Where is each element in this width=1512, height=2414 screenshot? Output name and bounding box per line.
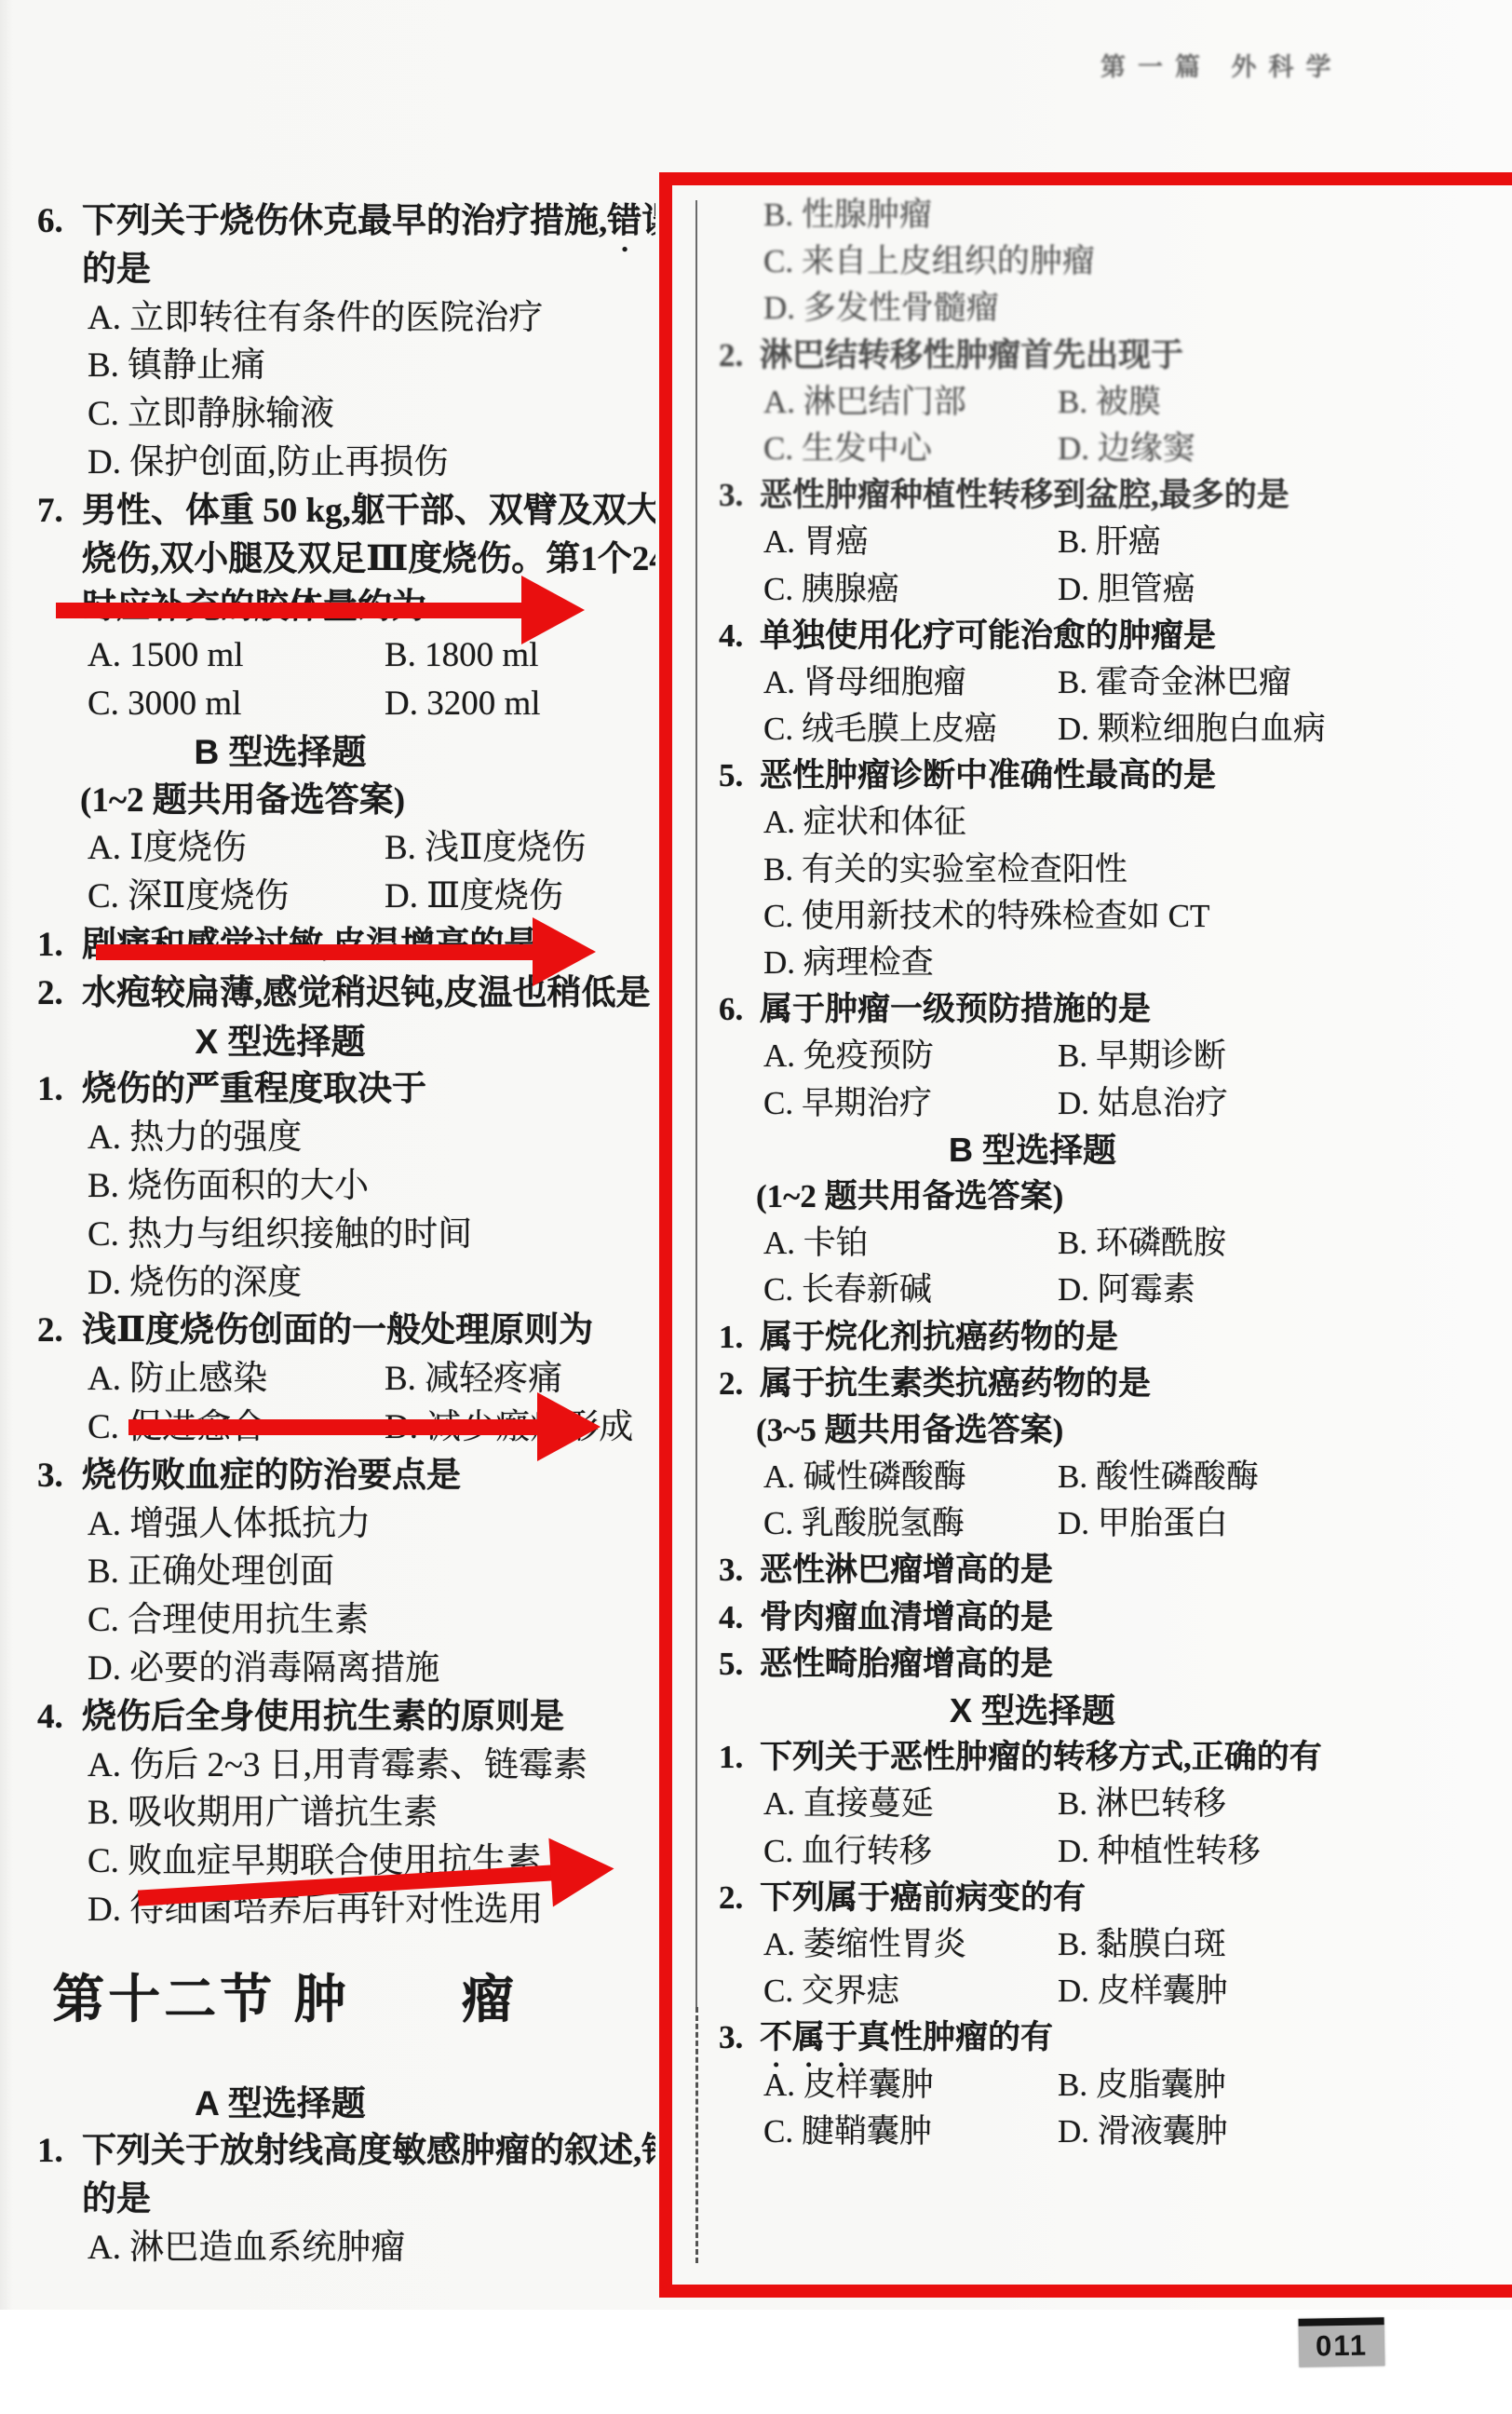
option-line: A. 增强人体抵抗力 xyxy=(26,1500,655,1549)
option-line: D. 烧伤的深度 xyxy=(26,1259,655,1308)
option-pair-line: C. 3000 mlD. 3200 ml xyxy=(26,680,655,728)
type-heading: B 型选择题 xyxy=(26,728,655,777)
option-line: A. 伤后 2~3 日,用青霉素、链霉素 xyxy=(26,1742,655,1790)
red-arrow-1-shaft xyxy=(56,603,523,618)
question-line: 4.烧伤后全身使用抗生素的原则是 xyxy=(26,1693,655,1742)
red-highlight-box xyxy=(659,172,1512,2298)
continuation-line: 的是 xyxy=(26,2176,655,2224)
red-arrow-2-shaft xyxy=(96,944,534,960)
continuation-line: 的是 xyxy=(26,246,655,294)
option-line: D. 保护创面,防止再损伤 xyxy=(26,439,655,487)
red-arrow-1-head xyxy=(521,576,585,644)
type-heading: X 型选择题 xyxy=(26,1018,655,1066)
question-line: 6.下列关于烧伤休克最早的治疗措施,错误 xyxy=(26,197,655,246)
shared-answers-note: (1~2 题共用备选答案) xyxy=(26,777,655,825)
option-pair-line: A. Ⅰ度烧伤B. 浅Ⅱ度烧伤 xyxy=(26,824,655,873)
option-line: A. 立即转往有条件的医院治疗 xyxy=(26,294,655,343)
question-line: 2.浅Ⅱ度烧伤创面的一般处理原则为 xyxy=(26,1307,655,1355)
red-arrow-1 xyxy=(56,576,585,644)
option-line: C. 立即静脉输液 xyxy=(26,390,655,439)
option-line: B. 正确处理创面 xyxy=(26,1548,655,1596)
red-arrow-4-shaft xyxy=(138,1865,553,1905)
question-line: 1.烧伤的严重程度取决于 xyxy=(26,1065,655,1114)
red-arrow-3 xyxy=(128,1392,601,1461)
red-arrow-3-head xyxy=(537,1392,601,1461)
option-line: D. 必要的消毒隔离措施 xyxy=(26,1645,655,1693)
question-line: 7.男性、体重 50 kg,躯干部、双臂及双大腿Ⅱ度 xyxy=(26,487,655,536)
section-heading: 第十二节 肿 瘤 xyxy=(26,1966,655,2033)
red-arrow-3-shaft xyxy=(128,1419,539,1435)
option-line: C. 热力与组织接触的时间 xyxy=(26,1211,655,1259)
left-column: 6.下列关于烧伤休克最早的治疗措施,错误的是A. 立即转往有条件的医院治疗B. … xyxy=(26,0,655,2291)
option-line: B. 镇静止痛 xyxy=(26,342,655,390)
page-number: 011 xyxy=(1299,2317,1385,2367)
option-line: B. 吸收期用广谱抗生素 xyxy=(26,1789,655,1838)
red-arrow-2 xyxy=(96,917,596,986)
option-line: A. 淋巴造血系统肿瘤 xyxy=(26,2224,655,2272)
option-line: C. 合理使用抗生素 xyxy=(26,1596,655,1645)
red-arrow-4-head xyxy=(548,1834,615,1906)
option-line: A. 热力的强度 xyxy=(26,1114,655,1162)
red-arrow-2-head xyxy=(533,917,596,986)
option-pair-line: C. 深Ⅱ度烧伤D. Ⅲ度烧伤 xyxy=(26,873,655,921)
question-line: 1.下列关于放射线高度敏感肿瘤的叙述,错误 xyxy=(26,2127,655,2176)
type-heading: A 型选择题 xyxy=(26,2080,655,2128)
option-line: B. 烧伤面积的大小 xyxy=(26,1162,655,1211)
